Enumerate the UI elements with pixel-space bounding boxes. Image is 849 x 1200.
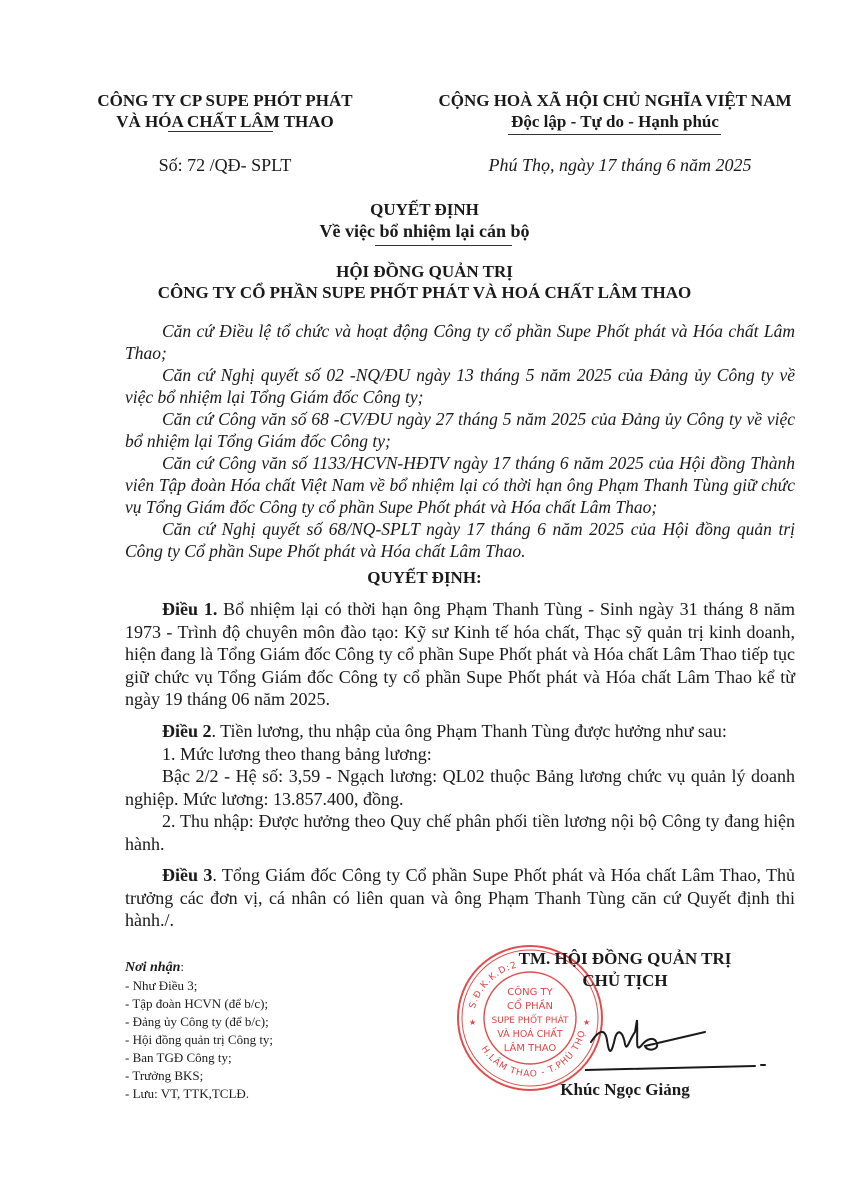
- org-line-1: CÔNG TY CP SUPE PHÓT PHÁT: [95, 90, 355, 111]
- legal-basis-5: Căn cứ Nghị quyết số 68/NQ-SPLT ngày 17 …: [125, 518, 795, 562]
- document-subject: Về việc bổ nhiệm lại cán bộ: [0, 221, 849, 242]
- recipient-item: - Như Điều 3;: [125, 977, 273, 995]
- article-3-text: . Tổng Giám đốc Công ty Cổ phần Supe Phố…: [125, 865, 795, 930]
- article-2-text: . Tiền lương, thu nhập của ông Phạm Than…: [212, 721, 727, 741]
- svg-text:SUPE PHỐT PHÁT: SUPE PHỐT PHÁT: [491, 1013, 569, 1026]
- decision-heading: QUYẾT ĐỊNH:: [0, 568, 849, 588]
- article-2: Điều 2. Tiền lương, thu nhập của ông Phạ…: [125, 720, 795, 855]
- motto-underline: [508, 134, 721, 135]
- legal-basis-3: Căn cứ Công văn số 68 -CV/ĐU ngày 27 thá…: [125, 408, 795, 452]
- document-number: Số: 72 /QĐ- SPLT: [95, 155, 355, 176]
- recipient-item: - Ban TGĐ Công ty;: [125, 1049, 273, 1067]
- article-2-item-2: 2. Thu nhập: Được hưởng theo Quy chế phâ…: [125, 811, 795, 854]
- article-3: Điều 3. Tổng Giám đốc Công ty Cổ phần Su…: [125, 864, 795, 932]
- svg-text:CỔ PHẦN: CỔ PHẦN: [507, 997, 553, 1012]
- article-1-text: Bổ nhiệm lại có thời hạn ông Phạm Thanh …: [125, 599, 795, 709]
- signer-position: CHỦ TỊCH: [470, 970, 780, 992]
- signature-block: TM. HỘI ĐỒNG QUẢN TRỊ CHỦ TỊCH: [470, 948, 780, 992]
- recipient-item: - Trưởng BKS;: [125, 1067, 273, 1085]
- document-type: QUYẾT ĐỊNH: [0, 200, 849, 220]
- recipient-item: - Lưu: VT, TTK,TCLĐ.: [125, 1085, 273, 1103]
- recipient-item: - Hội đồng quản trị Công ty;: [125, 1031, 273, 1049]
- legal-basis-2: Căn cứ Nghị quyết số 02 -NQ/ĐU ngày 13 t…: [125, 364, 795, 408]
- legal-basis-1: Căn cứ Điều lệ tổ chức và hoạt động Công…: [125, 320, 795, 364]
- svg-text:★: ★: [469, 1018, 476, 1027]
- handwritten-signature-icon: [585, 1010, 775, 1080]
- subject-underline: [375, 245, 512, 246]
- org-underline: [168, 131, 273, 132]
- recipient-item: - Tập đoàn HCVN (để b/c);: [125, 995, 273, 1013]
- recipients-block: Nơi nhận: - Như Điều 3; - Tập đoàn HCVN …: [125, 958, 273, 1103]
- place-date: Phú Thọ, ngày 17 tháng 6 năm 2025: [440, 155, 800, 176]
- article-1-label: Điều 1.: [162, 599, 217, 619]
- legal-basis-4: Căn cứ Công văn số 1133/HCVN-HĐTV ngày 1…: [125, 452, 795, 518]
- national-motto: CỘNG HOÀ XÃ HỘI CHỦ NGHĨA VIỆT NAM Độc l…: [430, 90, 800, 132]
- recipients-heading: Nơi nhận: [125, 960, 180, 975]
- issuer-line-1: HỘI ĐỒNG QUẢN TRỊ: [0, 262, 849, 282]
- signer-name: Khúc Ngọc Giảng: [470, 1080, 780, 1100]
- svg-text:LÂM THAO: LÂM THAO: [504, 1041, 557, 1054]
- article-1: Điều 1. Bổ nhiệm lại có thời hạn ông Phạ…: [125, 598, 795, 711]
- article-2-label: Điều 2: [162, 721, 212, 741]
- article-3-label: Điều 3: [162, 865, 212, 885]
- article-2-item-1: 1. Mức lương theo thang bảng lương:: [162, 744, 432, 764]
- nation-line-2: Độc lập - Tự do - Hạnh phúc: [430, 111, 800, 132]
- svg-text:VÀ HOÁ CHẤT: VÀ HOÁ CHẤT: [497, 1028, 563, 1040]
- organization-name: CÔNG TY CP SUPE PHÓT PHÁT VÀ HÓA CHẤT LÂ…: [95, 90, 355, 132]
- on-behalf-title: TM. HỘI ĐỒNG QUẢN TRỊ: [470, 948, 780, 970]
- org-line-2: VÀ HÓA CHẤT LÂM THAO: [95, 111, 355, 132]
- article-2-item-1-detail: Bậc 2/2 - Hệ số: 3,59 - Ngạch lương: QL0…: [125, 766, 795, 809]
- recipient-item: - Đảng ủy Công ty (để b/c);: [125, 1013, 273, 1031]
- issuer-line-2: CÔNG TY CỔ PHẦN SUPE PHỐT PHÁT VÀ HOÁ CH…: [0, 283, 849, 303]
- nation-line-1: CỘNG HOÀ XÃ HỘI CHỦ NGHĨA VIỆT NAM: [430, 90, 800, 111]
